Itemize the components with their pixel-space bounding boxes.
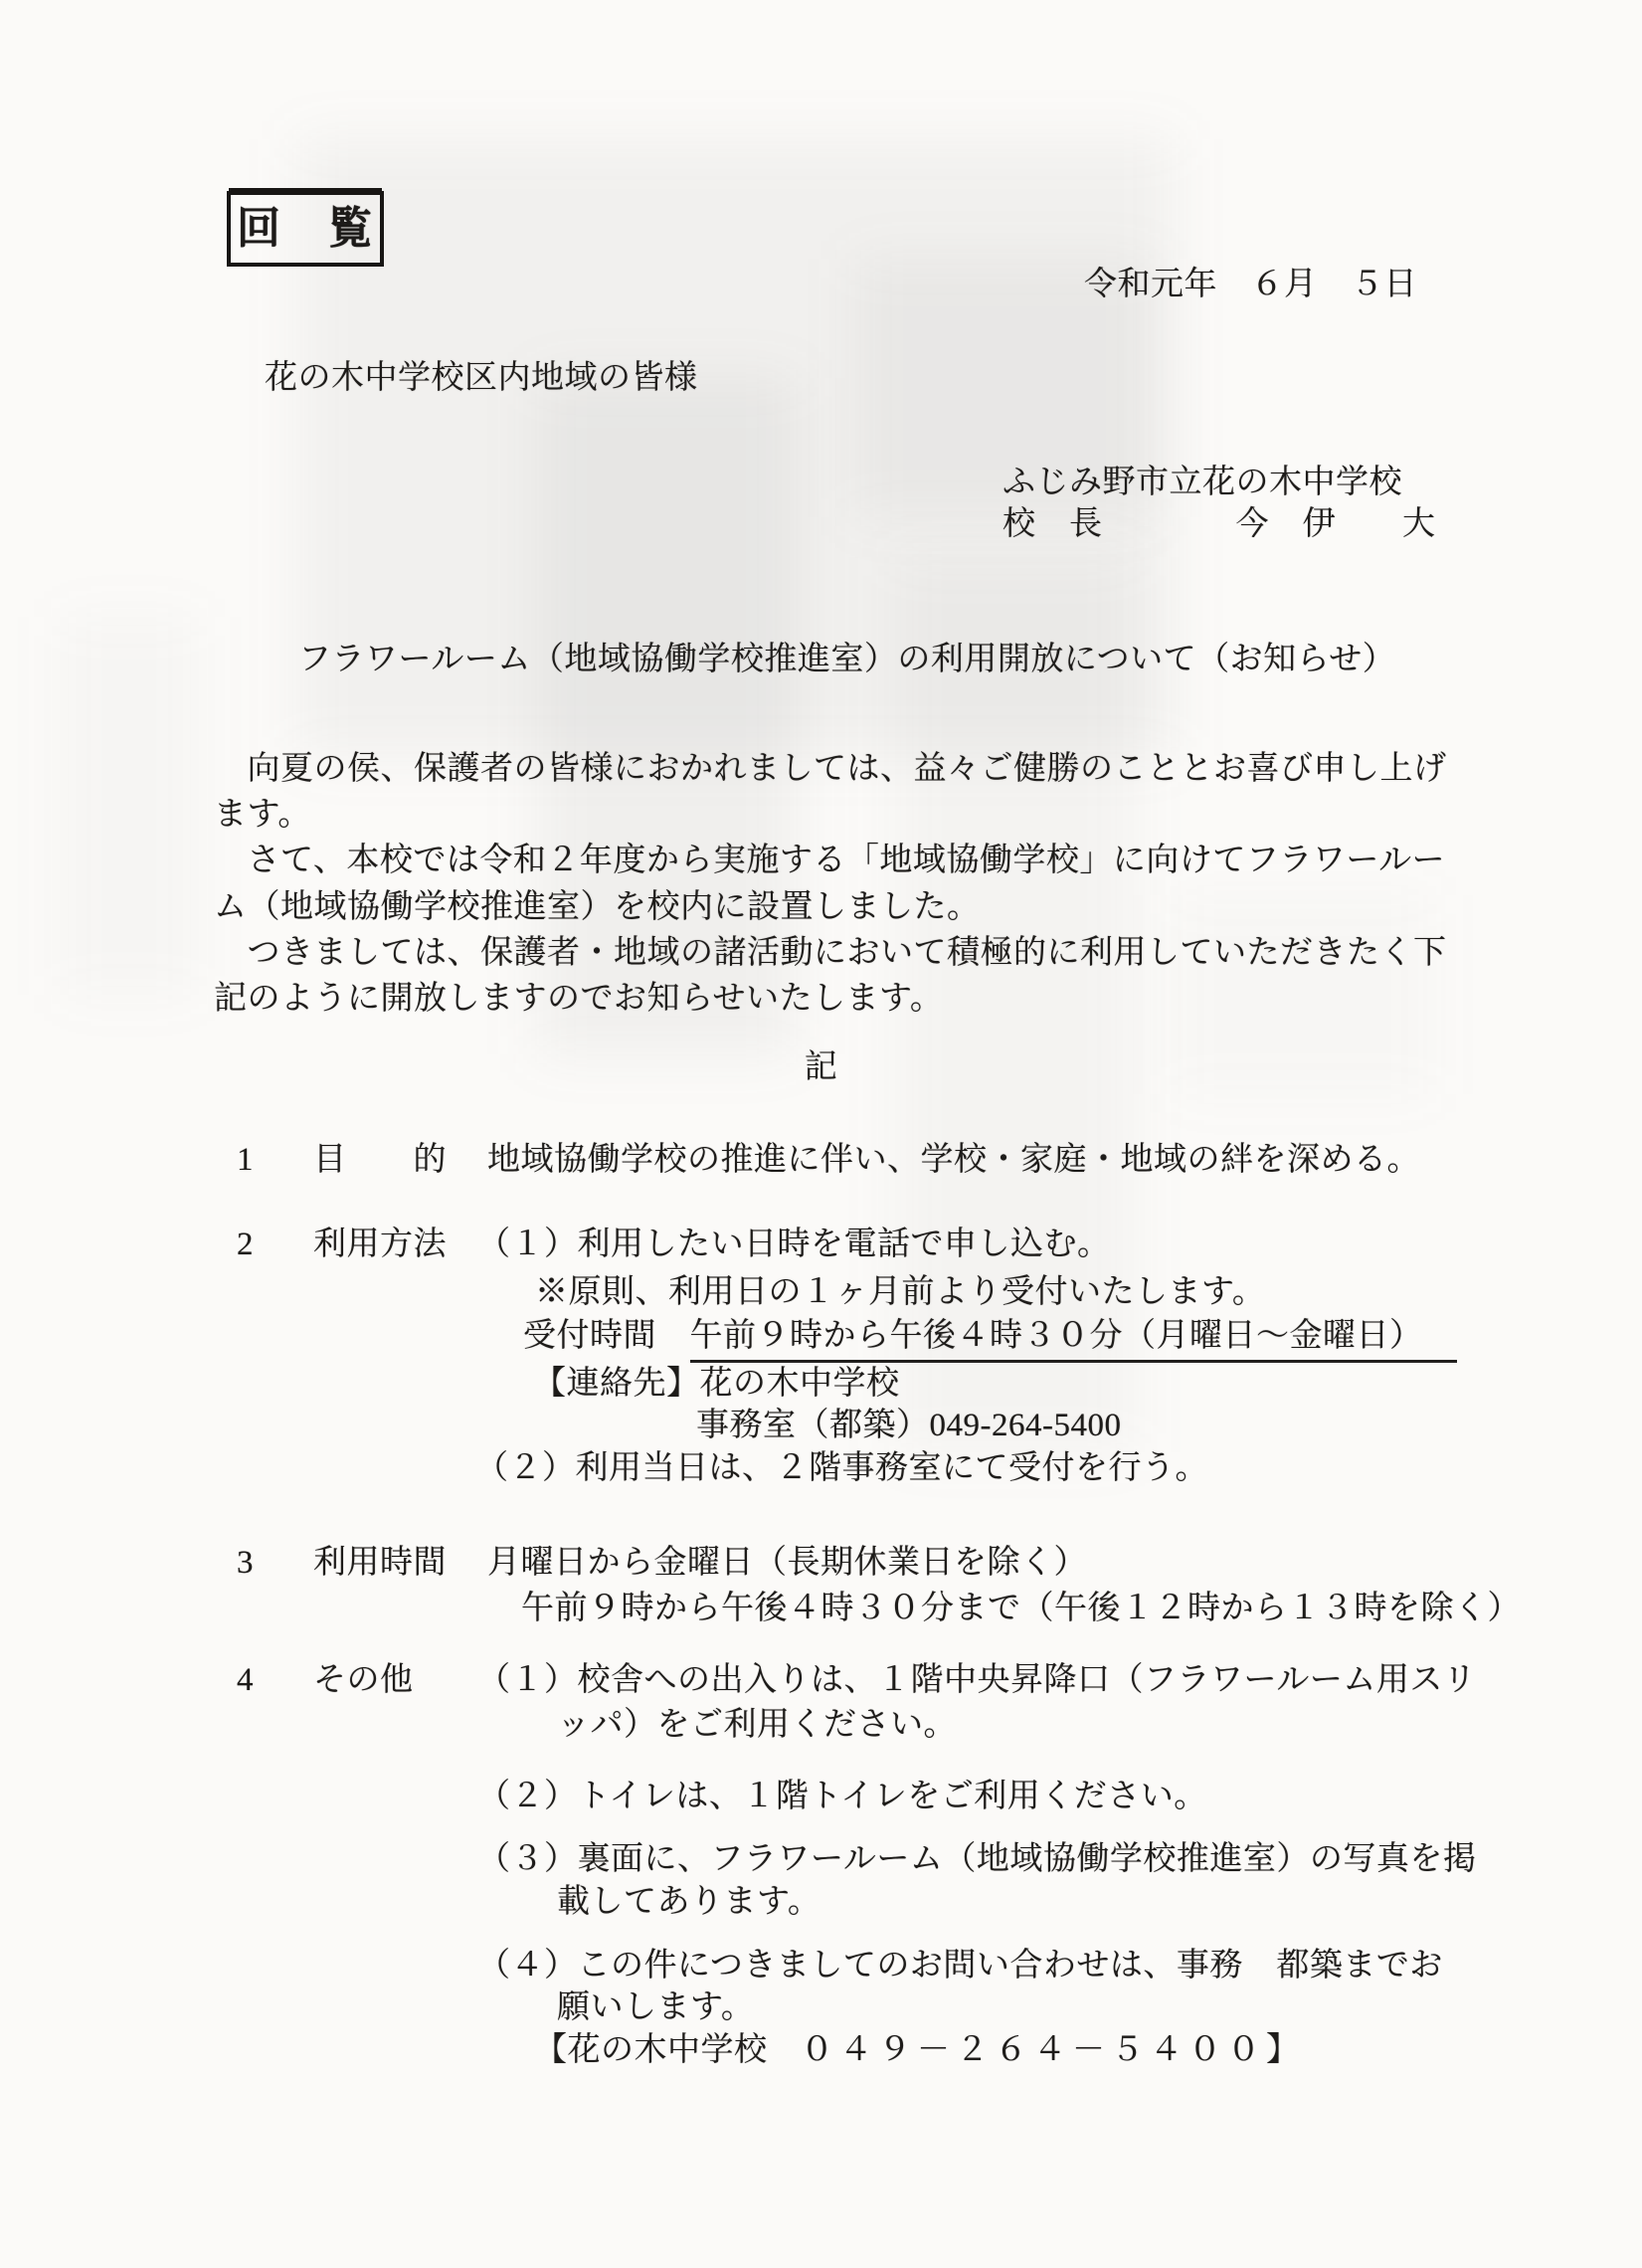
item1-label: 目 的 [313,1140,447,1180]
item2-note: ※原則、利用日の１ヶ月前より受付いたします。 [535,1272,1265,1312]
item2-number: 2 [237,1225,254,1264]
scanned-notice-page: 回 覧 令和元年 ６月 ５日 花の木中学校区内地域の皆様 ふじみ野市立花の木中学… [0,0,1642,2268]
greeting-line: さて、本校では令和２年度から実施する「地域協働学校」に向けてフラワールー [214,841,1445,880]
item4-school-phone: 【花の木中学校 ０４９－２６４－５４００】 [534,2030,1305,2070]
item4-line2: （２）トイレは、１階トイレをご利用ください。 [477,1777,1207,1816]
circulation-stamp-label: 回 覧 [237,209,374,249]
item4-line1b: ッパ）をご利用ください。 [557,1705,957,1745]
document-date: 令和元年 ６月 ５日 [1084,265,1417,304]
item3-line1: 月曜日から金曜日（長期休業日を除く） [487,1543,1087,1583]
item3-line2: 午前９時から午後４時３０分まで（午後１２時から１３時を除く） [521,1589,1521,1628]
greeting-line: 向夏の侯、保護者の皆様におかれましては、益々ご健勝のこととお喜び申し上げ [214,749,1447,789]
item2-line1: （１）利用したい日時を電話で申し込む。 [477,1225,1111,1264]
circulation-stamp-box: 回 覧 [227,191,384,267]
item1-number: 1 [237,1140,254,1180]
item4-line4b: 願いします。 [557,1987,754,2027]
item2-contact-label: 【連絡先】花の木中学校 [533,1364,900,1404]
item3-label: 利用時間 [313,1543,447,1583]
document-title: フラワールーム（地域協働学校推進室）の利用開放について（お知らせ） [298,640,1395,679]
item4-line4a: （４）この件につきましてのお問い合わせは、事務 都築までお [477,1946,1443,1985]
ki-marker: 記 [0,1047,1642,1087]
item2-label: 利用方法 [313,1225,447,1264]
greeting-line: 記のように開放しますのでお知らせいたします。 [214,979,943,1019]
item4-number: 4 [237,1660,254,1700]
item4-line3b: 載してあります。 [557,1882,821,1922]
school-phone-number: ０４９－２６４－５４００】 [801,2032,1305,2068]
sender-principal: 校 長 今 伊 大 [1003,504,1436,544]
school-phone-prefix: 【花の木中学校 [534,2032,801,2068]
item4-line3a: （３）裏面に、フラワールーム（地域協働学校推進室）の写真を掲 [477,1839,1476,1879]
item4-label: その他 [313,1660,414,1700]
item1-text: 地域協働学校の推進に伴い、学校・家庭・地域の絆を深める。 [487,1140,1420,1180]
greeting-line: つきましては、保護者・地域の諸活動において積極的に利用していただきたく下 [214,933,1447,973]
item2-reception-line: 受付時間 午前９時から午後４時３０分（月曜日～金曜日） [523,1316,1457,1356]
item4-line1a: （１）校舎への出入りは、１階中央昇降口（フラワールーム用スリ [477,1660,1476,1700]
reception-hours-label: 受付時間 [523,1318,690,1354]
item3-number: 3 [237,1543,254,1583]
reception-hours-value: 午前９時から午後４時３０分（月曜日～金曜日） [690,1318,1457,1363]
sender-organization: ふじみ野市立花の木中学校 [1003,463,1402,502]
recipient-line: 花の木中学校区内地域の皆様 [265,358,698,398]
item2-contact-office: 事務室（都築）049-264-5400 [696,1406,1121,1445]
greeting-line: ム（地域協働学校推進室）を校内に設置しました。 [214,887,981,927]
item2-line2: （２）利用当日は、２階事務室にて受付を行う。 [475,1448,1208,1488]
scan-artifact [60,617,199,995]
greeting-line: ます。 [214,795,311,835]
